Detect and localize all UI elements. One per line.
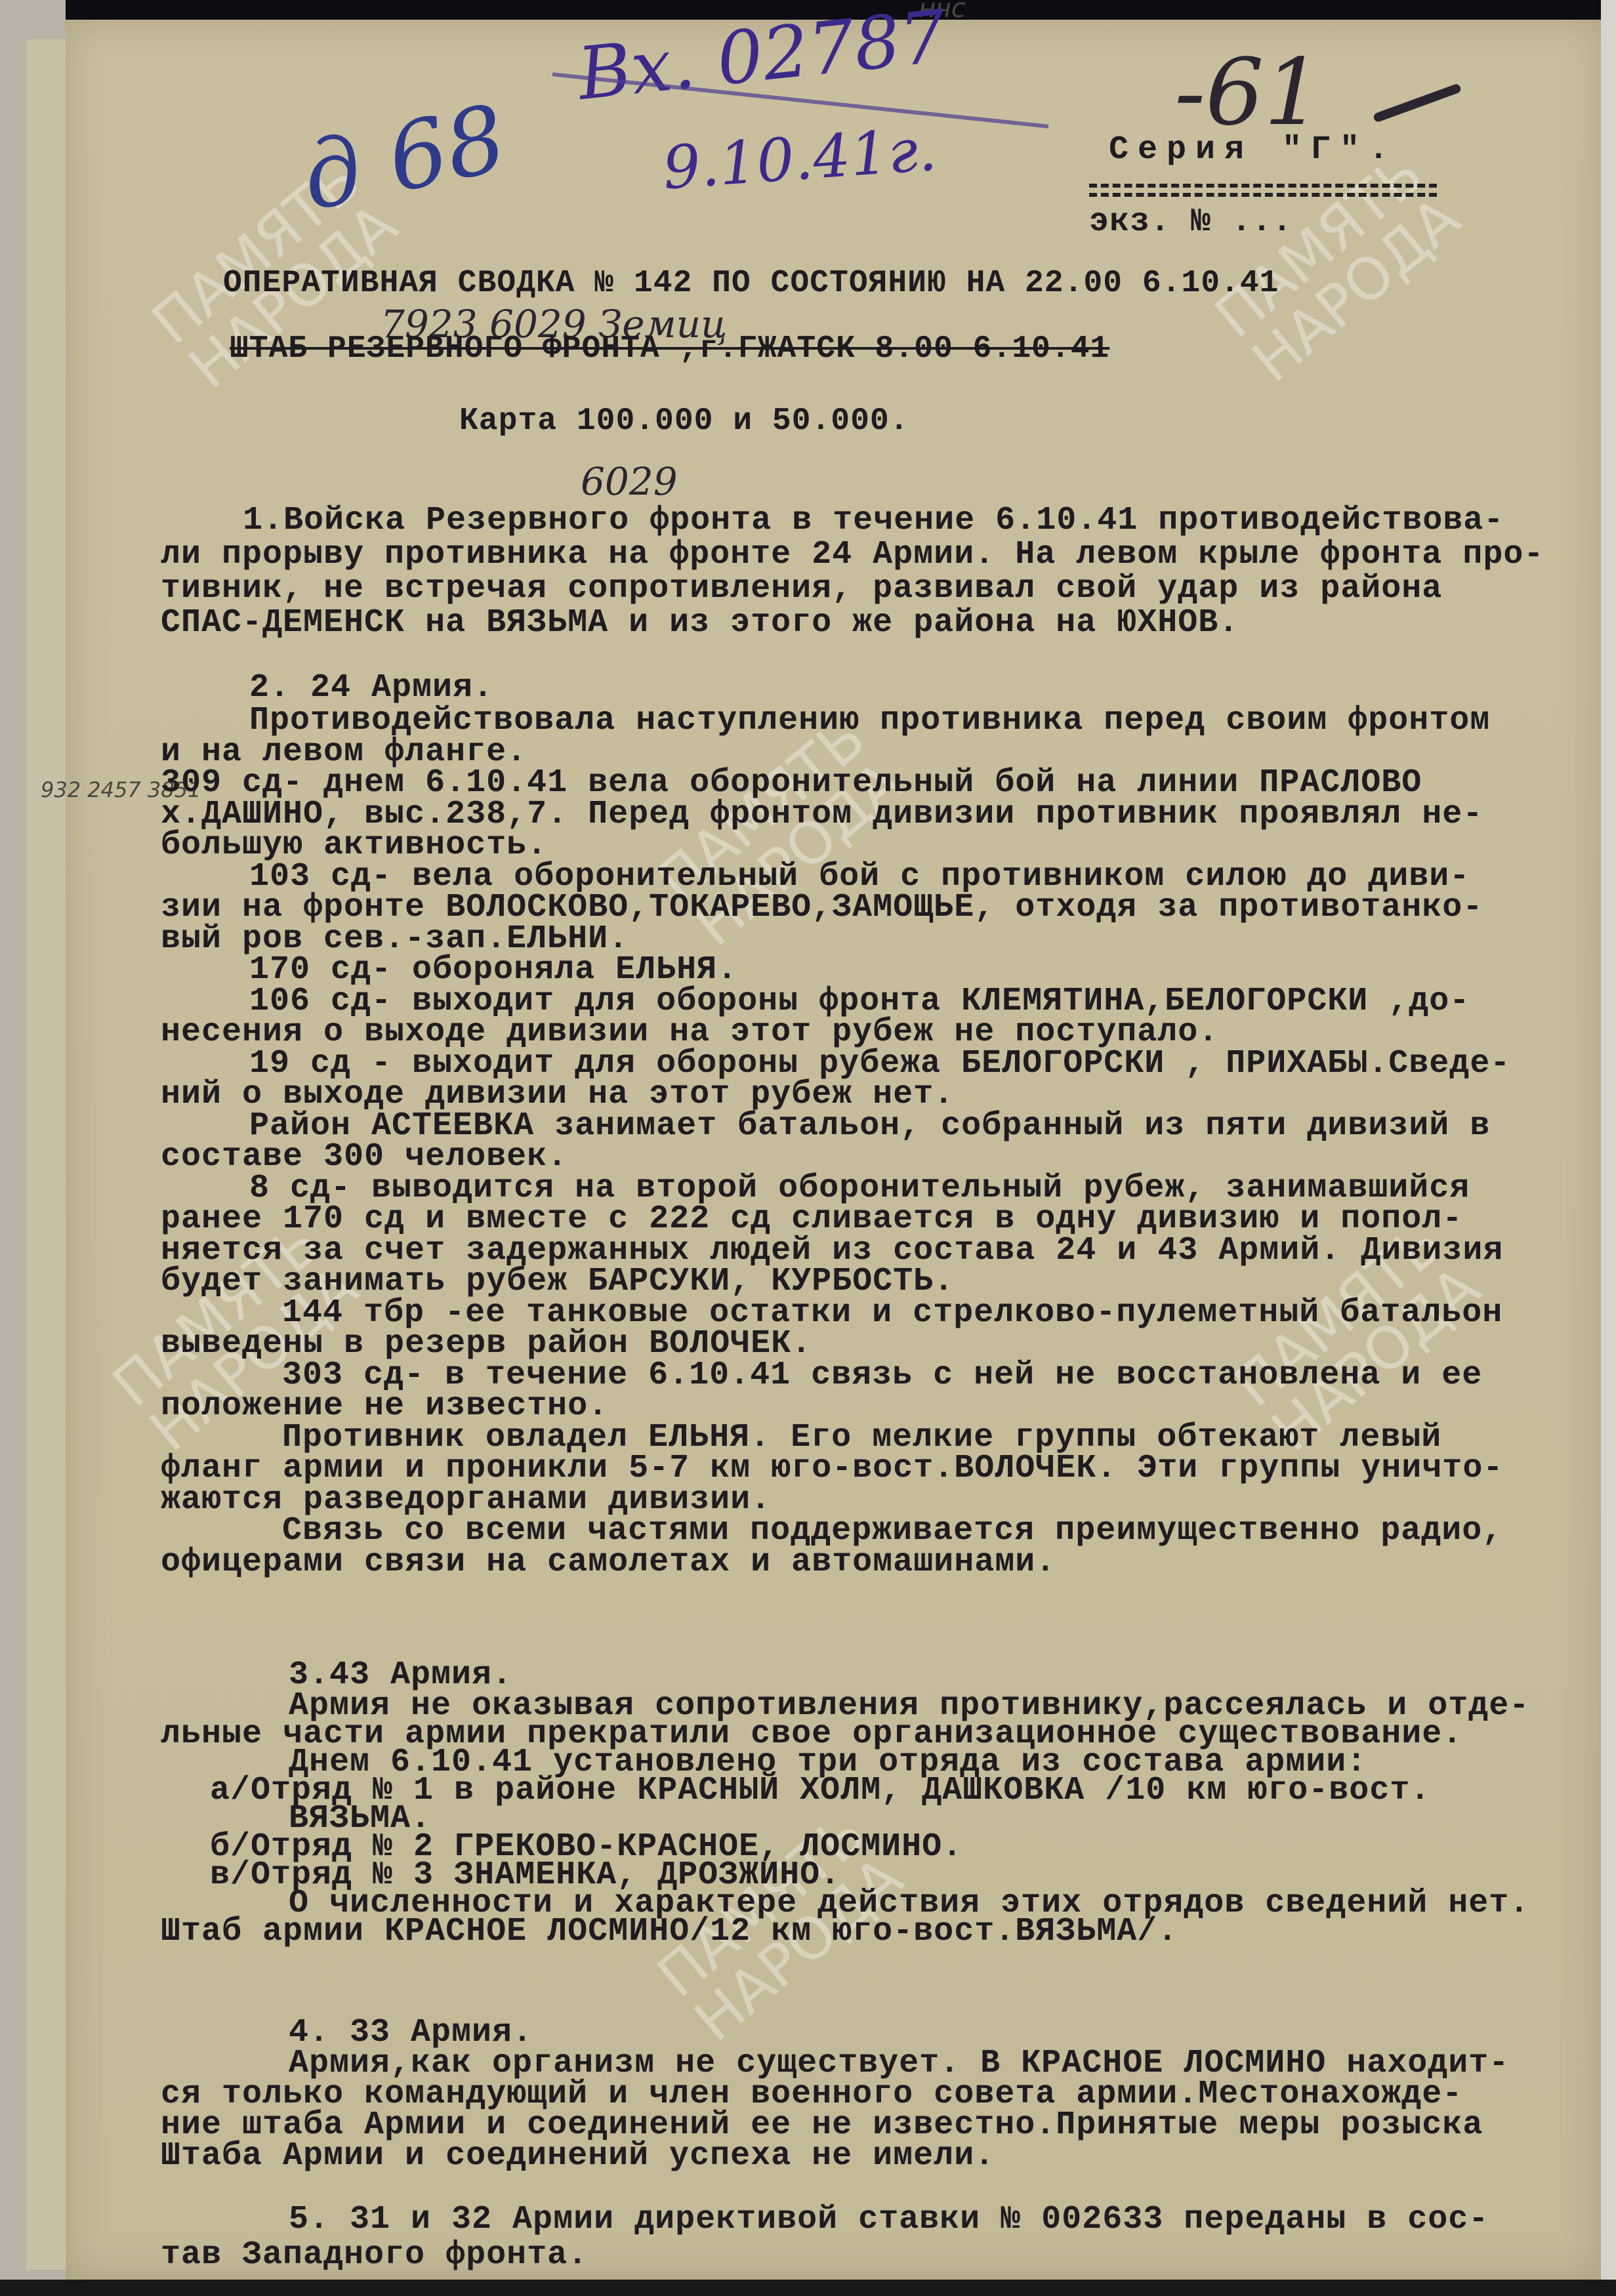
map-scale: Карта 100.000 и 50.000. (459, 403, 909, 439)
scan-bottom-edge (0, 2280, 1616, 2296)
text-line: ли прорыву противника на фронте 24 Армии… (161, 536, 1544, 573)
text-line: Штаб армии КРАСНОЕ ЛОСМИНО/12 км юго-вос… (161, 1913, 1178, 1950)
text-line: СПАС-ДЕМЕНСК на ВЯЗЬМА и из этого же рай… (161, 604, 1239, 642)
copy-number: экз. № ... (1089, 203, 1293, 241)
paper-left-margin (26, 39, 66, 2270)
margin-note-6029: 6029 (581, 459, 678, 504)
section-2-heading: 2. 24 Армия. (249, 669, 493, 707)
text-line: Штаба Армии и соединений успеха не имели… (161, 2137, 995, 2175)
title-line-1: ОПЕРАТИВНАЯ СВОДКА № 142 ПО СОСТОЯНИЮ НА… (223, 266, 1279, 301)
series-underline (1089, 184, 1437, 197)
scan-right-edge (1601, 0, 1616, 2296)
page-number: -61 (1174, 39, 1322, 146)
text-line: 1.Войска Резервного фронта в течение 6.1… (243, 502, 1504, 539)
series-label: Серия "Г". (1109, 131, 1398, 169)
text-line: тав Западного фронта. (161, 2236, 588, 2274)
title-line-2: ШТАБ РЕЗЕРВНОГО ФРОНТА ,г.ГЖАТСК 8.00 6.… (230, 331, 1109, 367)
text-line: офицерами связи на самолетах и автомашин… (161, 1544, 1056, 1581)
text-line: 5. 31 и 32 Армии директивой ставки № 002… (289, 2201, 1489, 2238)
text-line: тивник, не встречая сопротивления, разви… (161, 570, 1442, 607)
